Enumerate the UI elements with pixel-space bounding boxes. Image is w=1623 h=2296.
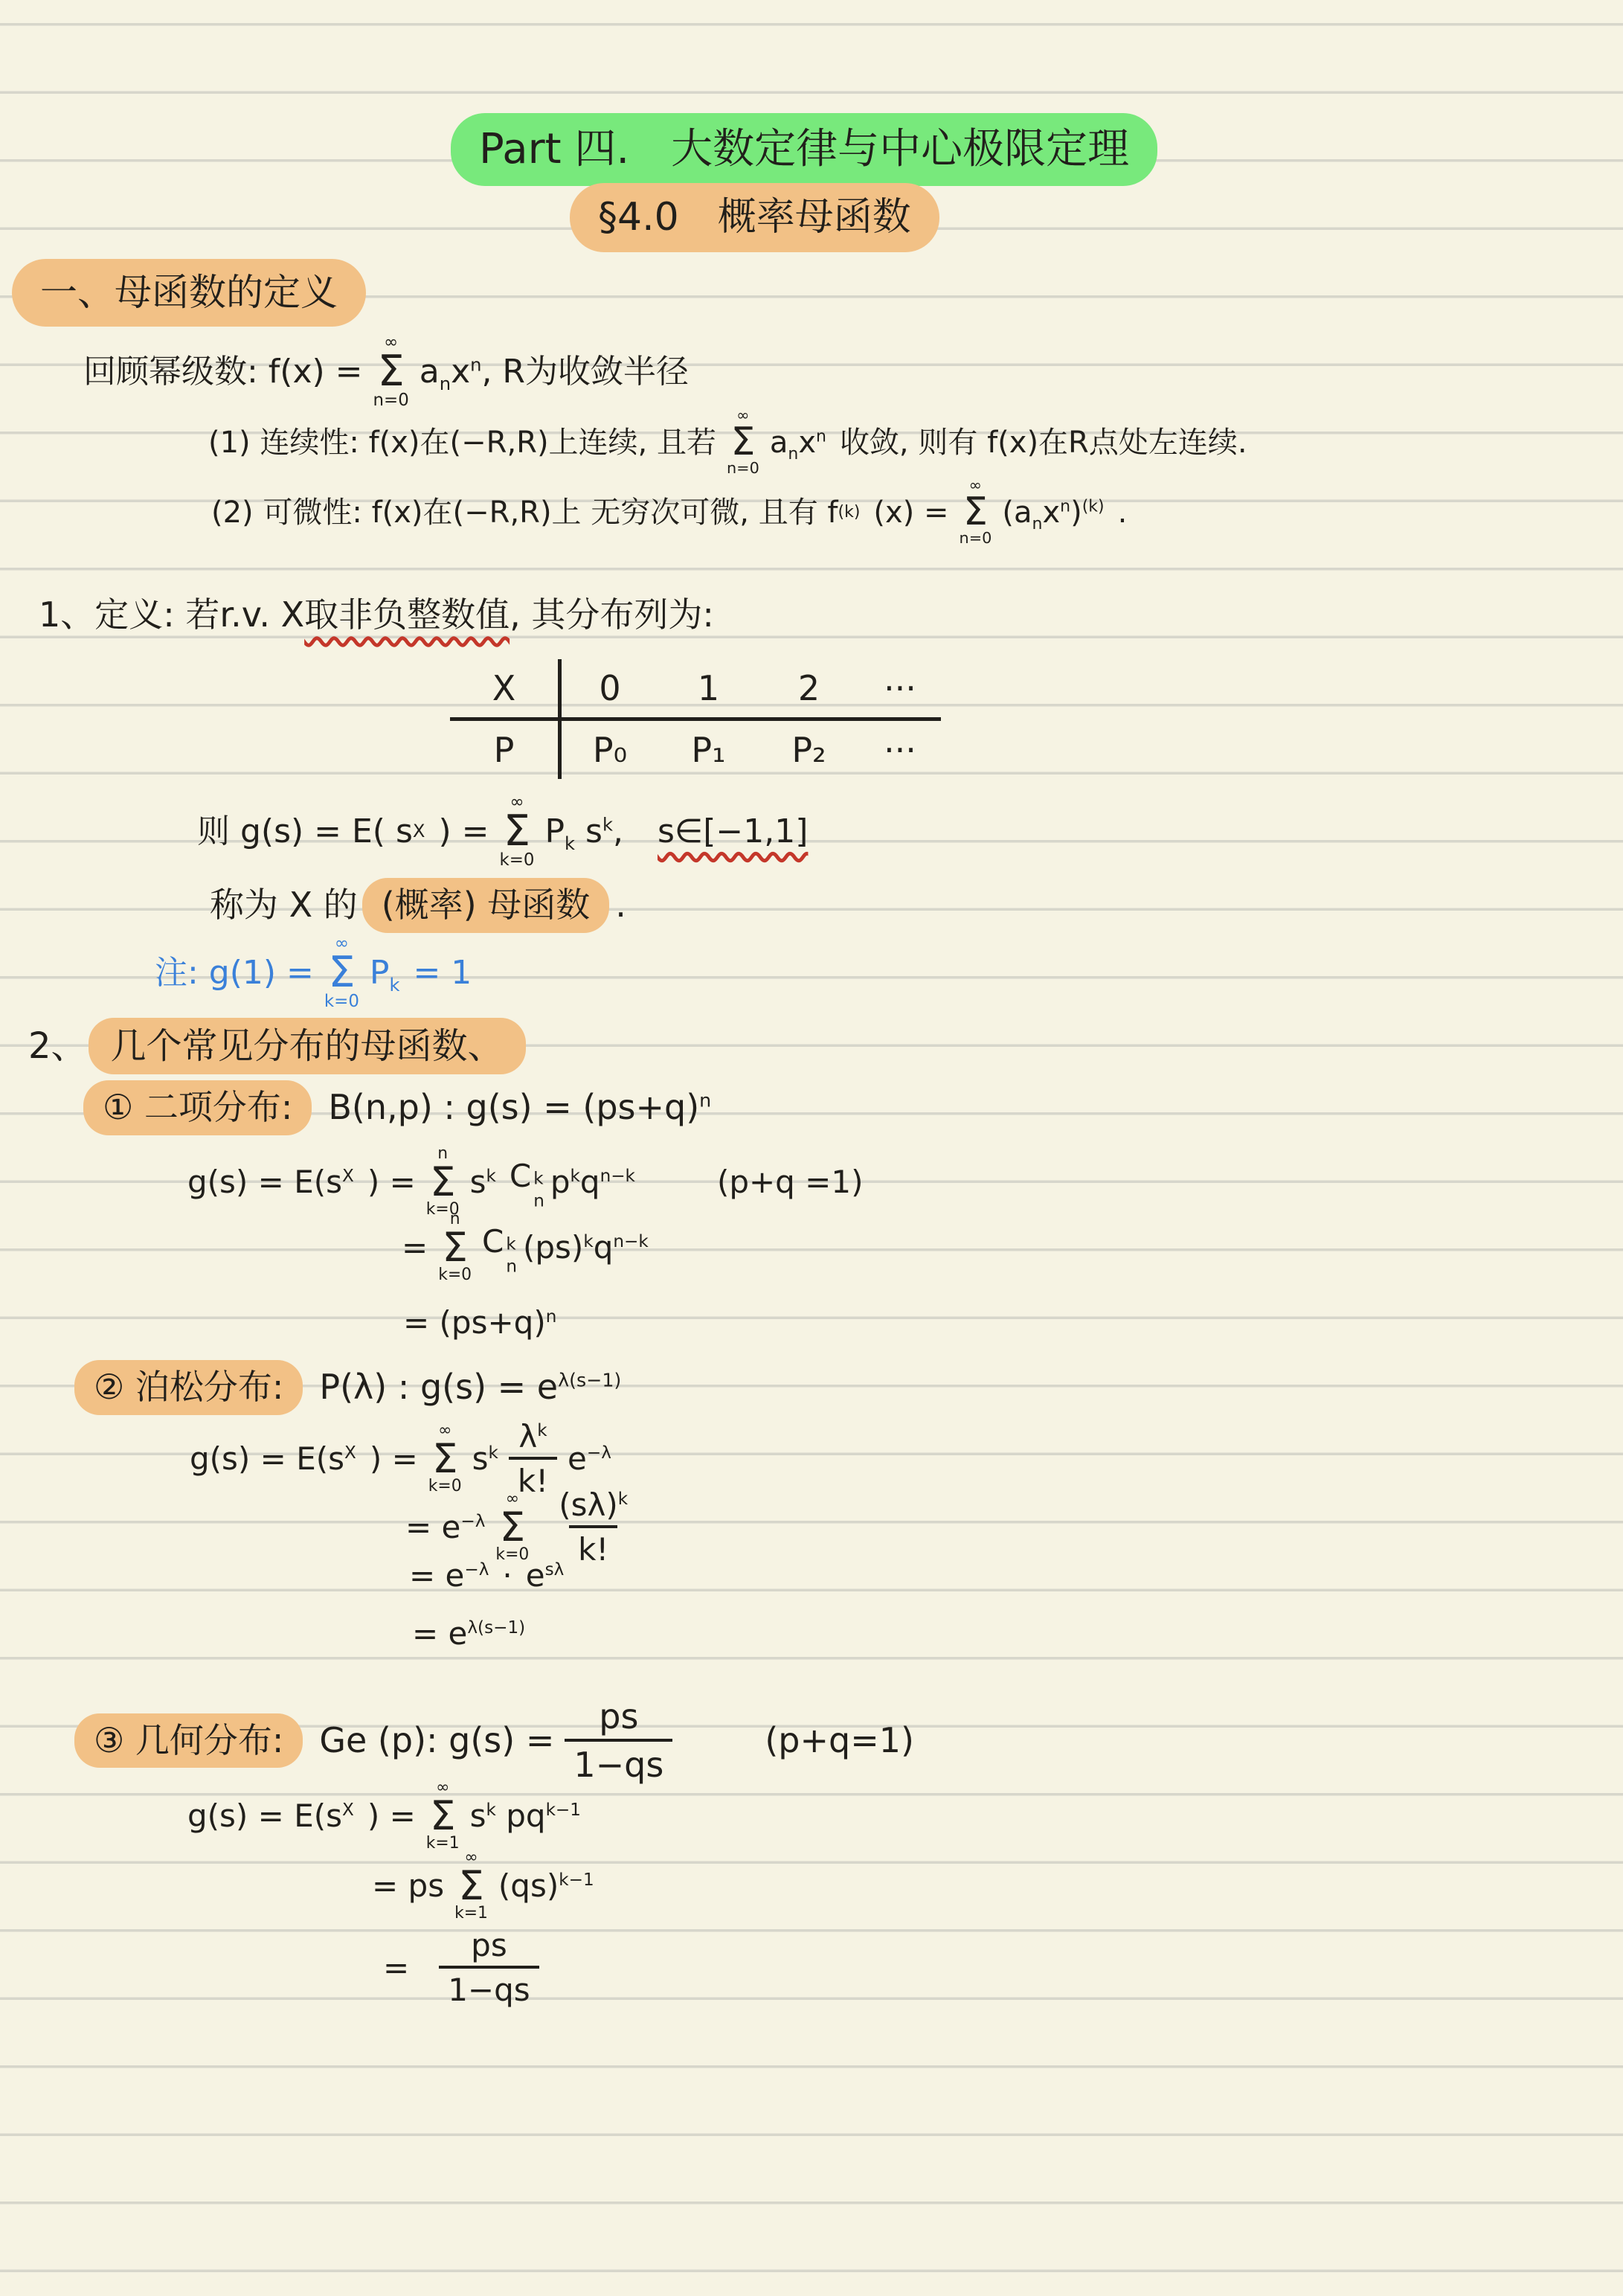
- sum-symbol: ∞ Σ k=0: [324, 934, 359, 1010]
- sum-symbol: ∞ Σ n=0: [373, 333, 409, 409]
- condition: (p+q =1): [717, 1163, 864, 1202]
- term: pkqn−k: [550, 1163, 635, 1202]
- binomial-step1: g(s) = E(sX) = n Σ k=0 sk Ckn pkqn−k (p+…: [187, 1146, 863, 1219]
- poisson-result: = eλ(s−1): [412, 1614, 525, 1654]
- formula-continuity: (1) 连续性: f(x)在(−R,R)上连续, 且若 ∞ Σ n=0 anxn…: [208, 408, 1247, 477]
- term: anxn: [420, 351, 482, 392]
- condition: (p+q=1): [765, 1719, 914, 1763]
- heading-number: 2、: [28, 1024, 87, 1068]
- fraction-numerator: ps: [462, 1928, 516, 1966]
- binomial-coefficient: Ckn: [482, 1222, 523, 1273]
- table-cell: P₀: [562, 721, 658, 779]
- text-segment: ) =: [438, 811, 489, 852]
- table-cell: 2: [759, 659, 859, 721]
- sum-symbol: n Σ k=0: [426, 1146, 460, 1219]
- emphasized-domain: s∈[−1,1]: [658, 811, 808, 852]
- text-segment: g(s) = E(sX) =: [187, 1797, 416, 1836]
- fraction-denominator: k!: [569, 1525, 617, 1567]
- term: anxn: [770, 424, 826, 461]
- text-segment: .: [615, 884, 626, 927]
- table-cell: ···: [859, 659, 941, 721]
- fraction: (sλ)k k!: [550, 1488, 637, 1567]
- geometric-tag-text: ③ 几何分布:: [94, 1720, 283, 1760]
- geometric-step1: g(s) = E(sX) = ∞ Σ k=1 sk pqk−1: [187, 1780, 581, 1853]
- highlighted-term: (概率) 母函数: [362, 878, 610, 933]
- poisson-step3: = e−λ · esλ: [409, 1556, 564, 1596]
- text-segment: 回顾幂级数: f(x) =: [83, 351, 363, 392]
- equals-sign: =: [383, 1949, 409, 1988]
- fraction: ps 1−qs: [439, 1928, 539, 2007]
- binomial-coefficient: Ckn: [510, 1157, 550, 1208]
- section-title-text: §4.0 概率母函数: [598, 195, 911, 240]
- highlighted-term-text: (概率) 母函数: [382, 885, 591, 925]
- text-segment: 1、定义: 若r.v. X: [39, 594, 304, 637]
- section-title: §4.0 概率母函数: [570, 183, 939, 252]
- geometric-step2: = ps ∞ Σ k=1 (qs)k−1: [372, 1850, 594, 1923]
- text-segment: g(s) = E(sX) =: [190, 1440, 418, 1479]
- sum-lower-limit: n=0: [373, 391, 409, 409]
- sigma-glyph: Σ: [500, 1508, 526, 1547]
- part-title-text: Part 四. 大数定律与中心极限定理: [479, 125, 1129, 173]
- text-segment: = 1: [413, 952, 472, 993]
- sum-symbol: ∞ Σ k=1: [426, 1780, 460, 1853]
- section-title-highlight: §4.0 概率母函数: [570, 183, 939, 252]
- poisson-tag-text: ② 泊松分布:: [94, 1367, 283, 1407]
- sum-symbol: ∞ Σ k=1: [454, 1850, 488, 1923]
- text-segment: (2) 可微性: f(x)在(−R,R)上 无穷次可微, 且有 f: [211, 494, 838, 531]
- sum-symbol: ∞ Σ n=0: [727, 408, 759, 477]
- table-cell: X: [450, 659, 562, 721]
- text-segment: (x) =: [873, 494, 948, 531]
- binomial-result: = (ps+q)n: [403, 1303, 556, 1343]
- table-cell: P: [450, 721, 562, 779]
- term: = e−λ: [409, 1556, 489, 1596]
- fraction: λk k!: [509, 1420, 557, 1498]
- term: sk pqk−1: [470, 1797, 581, 1836]
- sum-lower-limit: n=0: [960, 530, 992, 547]
- sum-symbol: ∞ Σ k=0: [495, 1491, 529, 1564]
- sum-lower-limit: n=0: [727, 461, 759, 477]
- binomial-step2: = n Σ k=0 Ckn (ps)kqn−k: [402, 1211, 649, 1284]
- sigma-glyph: Σ: [328, 952, 355, 993]
- table-cell: P₂: [759, 721, 859, 779]
- named-generating-function: 称为 X 的 (概率) 母函数 .: [210, 878, 626, 933]
- formula-segment: Ge (p): g(s) =: [319, 1719, 554, 1763]
- binomial-tag-text: ① 二项分布:: [103, 1087, 292, 1127]
- formula-differentiability: (2) 可微性: f(x)在(−R,R)上 无穷次可微, 且有 f(k) (x)…: [211, 478, 1127, 547]
- emphasized-text: 取非负整数值: [304, 594, 510, 637]
- term: sk: [470, 1163, 496, 1202]
- text-segment: .: [1118, 494, 1128, 531]
- poisson-step2: = e−λ ∞ Σ k=0 (sλ)k k!: [405, 1488, 647, 1567]
- text-segment: ,: [613, 811, 623, 852]
- notebook-page: Part 四. 大数定律与中心极限定理 §4.0 概率母函数 一、母函数的定义 …: [0, 0, 1623, 2296]
- heading-definition: 一、母函数的定义: [12, 259, 366, 327]
- term: Pk: [370, 952, 400, 993]
- term: (ps)kqn−k: [523, 1228, 649, 1268]
- table-cell: 1: [658, 659, 759, 721]
- sum-symbol: ∞ Σ k=0: [500, 793, 535, 869]
- binomial-tag-highlight: ① 二项分布:: [83, 1080, 312, 1135]
- fraction: ps 1−qs: [565, 1698, 672, 1783]
- term: (anxn)(k): [1002, 494, 1104, 531]
- text-segment: 收敛, 则有 f(x)在R点处左连续.: [840, 424, 1247, 461]
- poisson-tag-highlight: ② 泊松分布:: [74, 1360, 303, 1415]
- sigma-glyph: Σ: [378, 351, 405, 391]
- equals-sign: = ps: [372, 1867, 444, 1906]
- geometric-header: ③ 几何分布: Ge (p): g(s) = ps 1−qs (p+q=1): [74, 1698, 914, 1783]
- sigma-glyph: Σ: [504, 811, 530, 851]
- term: e−λ: [568, 1440, 611, 1479]
- note-blue-ink: 注: g(1) = ∞ Σ k=0 Pk = 1: [155, 934, 472, 1010]
- sum-lower-limit: k=0: [438, 1267, 472, 1284]
- sigma-glyph: Σ: [442, 1228, 468, 1267]
- poisson-step1: g(s) = E(sX) = ∞ Σ k=0 sk λk k! e−λ: [190, 1420, 611, 1498]
- fraction-numerator: (sλ)k: [550, 1488, 637, 1525]
- heading-common-distributions: 2、 几个常见分布的母函数、: [28, 1018, 542, 1074]
- geometric-result: = ps 1−qs: [383, 1928, 550, 2007]
- sum-symbol: n Σ k=0: [438, 1211, 472, 1284]
- heading-common-text: 几个常见分布的母函数、: [111, 1025, 504, 1067]
- formula-segment: P(λ) : g(s) = eλ(s−1): [319, 1366, 621, 1409]
- geometric-tag-highlight: ③ 几何分布:: [74, 1713, 303, 1769]
- sum-symbol: ∞ Σ n=0: [960, 478, 992, 547]
- formula-segment: B(n,p) : g(s) = (ps+q)n: [328, 1086, 711, 1129]
- definition-statement: 1、定义: 若r.v. X 取非负整数值 , 其分布列为:: [39, 594, 714, 637]
- term: Pk sk: [544, 811, 613, 852]
- sigma-glyph: Σ: [430, 1797, 456, 1835]
- term: (qs)k−1: [498, 1867, 594, 1906]
- equals-sign: =: [402, 1228, 428, 1268]
- text-segment: 称为 X 的: [210, 884, 358, 927]
- text-segment: 则 g(s) = E( s: [197, 811, 413, 852]
- sum-symbol: ∞ Σ k=0: [428, 1423, 462, 1495]
- sum-lower-limit: k=0: [324, 993, 359, 1010]
- text-segment: , 其分布列为:: [510, 594, 714, 637]
- formula-segment: = (ps+q)n: [403, 1303, 556, 1343]
- sum-lower-limit: k=1: [454, 1905, 488, 1923]
- part-title: Part 四. 大数定律与中心极限定理: [451, 113, 1157, 186]
- heading-definition-text: 一、母函数的定义: [40, 271, 338, 314]
- term: esλ: [526, 1556, 565, 1596]
- fraction-denominator: 1−qs: [439, 1966, 539, 2007]
- heading-definition-highlight: 一、母函数的定义: [12, 259, 366, 327]
- sigma-glyph: Σ: [963, 494, 988, 530]
- heading-common-highlight: 几个常见分布的母函数、: [89, 1018, 526, 1074]
- table-cell: P₁: [658, 721, 759, 779]
- sigma-glyph: Σ: [430, 1163, 456, 1202]
- part-title-highlight: Part 四. 大数定律与中心极限定理: [451, 113, 1157, 186]
- table-cell: 0: [562, 659, 658, 721]
- binomial-header: ① 二项分布: B(n,p) : g(s) = (ps+q)n: [83, 1080, 711, 1135]
- text-segment: g(s) = E(sX) =: [187, 1163, 416, 1202]
- sigma-glyph: Σ: [458, 1867, 484, 1905]
- fraction-numerator: ps: [590, 1698, 647, 1739]
- term: = e−λ: [405, 1508, 485, 1548]
- term: sk: [472, 1440, 498, 1479]
- multiplication-dot: ·: [502, 1556, 512, 1596]
- sigma-glyph: Σ: [432, 1440, 458, 1478]
- formula-generating-function: 则 g(s) = E( sX ) = ∞ Σ k=0 Pk sk , s∈[−1…: [197, 793, 808, 869]
- text-segment: , R为收敛半径: [481, 351, 689, 392]
- poisson-header: ② 泊松分布: P(λ) : g(s) = eλ(s−1): [74, 1360, 621, 1415]
- text-segment: 注: g(1) =: [155, 952, 314, 993]
- fraction-denominator: 1−qs: [565, 1739, 672, 1784]
- sigma-glyph: Σ: [730, 424, 755, 461]
- table-cell: ···: [859, 721, 941, 779]
- distribution-table: X 0 1 2 ··· P P₀ P₁ P₂ ···: [450, 659, 941, 779]
- sum-lower-limit: k=0: [500, 851, 535, 869]
- fraction-numerator: λk: [510, 1420, 556, 1457]
- formula-power-series: 回顾幂级数: f(x) = ∞ Σ n=0 anxn , R为收敛半径: [83, 333, 689, 409]
- text-segment: (1) 连续性: f(x)在(−R,R)上连续, 且若: [208, 424, 716, 461]
- formula-segment: = eλ(s−1): [412, 1614, 525, 1654]
